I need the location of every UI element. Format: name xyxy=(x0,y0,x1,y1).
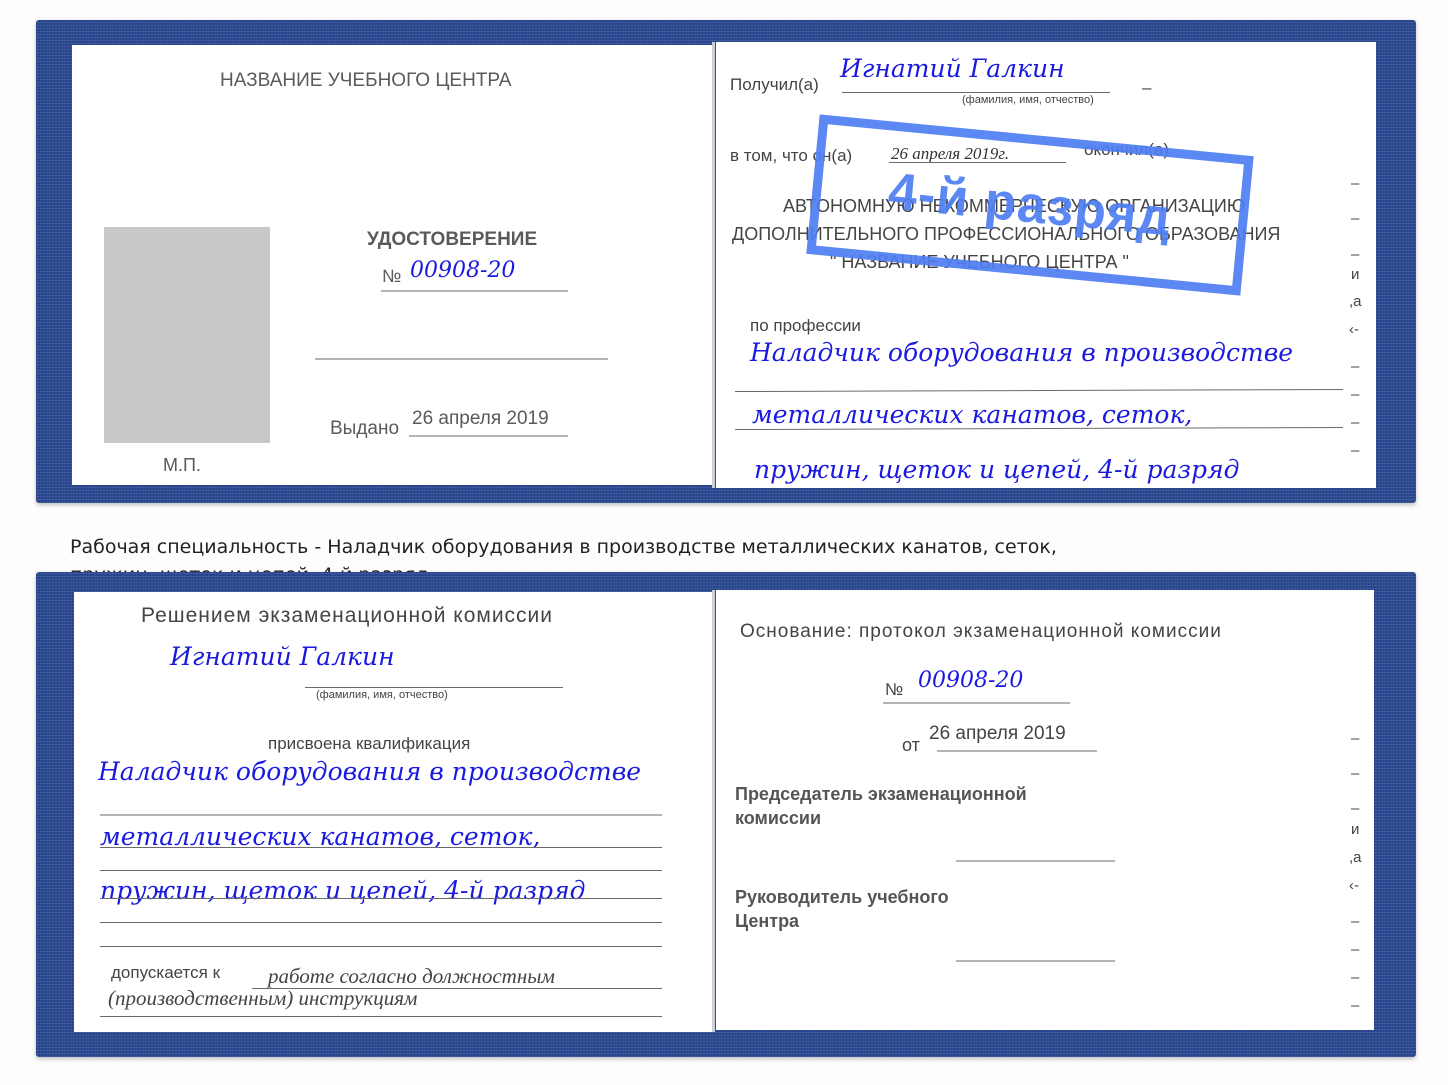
protocol-date-underline xyxy=(937,750,1097,752)
edge-mark: – xyxy=(1351,386,1359,403)
rank-stamp-text: 4-й разряд xyxy=(886,162,1175,249)
protocol-number-label: № xyxy=(885,680,903,700)
qualification-line-1: Наладчик оборудования в производстве xyxy=(98,757,641,786)
edge-mark: – xyxy=(1351,765,1359,782)
protocol-number-underline xyxy=(883,702,1070,704)
recipient-name-hint: (фамилия, имя, отчество) xyxy=(962,94,1094,106)
recipient-underline xyxy=(842,92,1110,93)
edge-mark: ‹- xyxy=(1349,877,1359,894)
edge-mark: – xyxy=(1351,442,1359,459)
basis-title: Основание: протокол экзаменационной коми… xyxy=(740,621,1222,643)
edge-mark: – xyxy=(1351,997,1359,1014)
chairman-label-2: комиссии xyxy=(735,808,821,829)
org-name: НАЗВАНИЕ УЧЕБНОГО ЦЕНТРА xyxy=(220,70,512,92)
qualification-underline-5 xyxy=(100,922,662,923)
recipient-dash: – xyxy=(1142,78,1151,98)
person-name-underline xyxy=(305,687,563,688)
seal-label: М.П. xyxy=(163,455,201,476)
qualification-underline-1 xyxy=(100,814,662,816)
doc-title: УДОСТОВЕРЕНИЕ xyxy=(367,229,537,251)
profession-label: по профессии xyxy=(750,316,861,336)
number-underline xyxy=(381,290,568,292)
qualification-underline-4 xyxy=(100,898,662,899)
edge-mark: – xyxy=(1351,358,1359,375)
profession-line-1: Наладчик оборудования в производстве xyxy=(750,338,1293,367)
edge-mark: и xyxy=(1351,821,1359,838)
decision-title: Решением экзаменационной комиссии xyxy=(141,604,553,628)
person-name: Игнатий Галкин xyxy=(170,642,395,671)
from-label: от xyxy=(902,735,920,756)
admitted-line-2: (производственным) инструкциям xyxy=(108,986,417,1011)
qualification-underline-3 xyxy=(100,870,662,871)
recipient-name: Игнатий Галкин xyxy=(840,54,1065,83)
issued-underline xyxy=(409,435,568,437)
protocol-number: 00908-20 xyxy=(918,668,1023,693)
blank-line xyxy=(315,358,608,360)
edge-mark: – xyxy=(1351,913,1359,930)
certificate-number: 00908-20 xyxy=(410,258,515,283)
profession-line-2: металлических канатов, сеток, xyxy=(752,400,1192,429)
received-label: Получил(а) xyxy=(730,75,819,95)
head-label-1: Руководитель учебного xyxy=(735,887,949,908)
edge-mark: – xyxy=(1351,800,1359,817)
issued-label: Выдано xyxy=(330,418,399,440)
chairman-signature-line xyxy=(956,860,1115,862)
edge-mark: и xyxy=(1351,266,1359,283)
edge-mark: – xyxy=(1351,969,1359,986)
edge-mark: – xyxy=(1351,175,1359,192)
number-label: № xyxy=(382,266,401,287)
chairman-label-1: Председатель экзаменационной xyxy=(735,784,1027,805)
head-signature-line xyxy=(956,960,1115,962)
profession-line-3: пружин, щеток и цепей, 4-й разряд xyxy=(754,455,1239,484)
qualification-line-3: пружин, щеток и цепей, 4-й разряд xyxy=(100,876,585,905)
head-label-2: Центра xyxy=(735,911,799,932)
issued-date: 26 апреля 2019 xyxy=(412,408,549,430)
qualification-underline-2 xyxy=(100,847,662,848)
certificate-bottom-spine xyxy=(712,590,715,1032)
edge-mark: – xyxy=(1351,730,1359,747)
edge-mark: – xyxy=(1351,414,1359,431)
edge-mark: ,а xyxy=(1349,849,1362,866)
certificate-top-spine xyxy=(712,42,715,488)
edge-mark: ,а xyxy=(1349,293,1362,310)
admitted-label: допускается к xyxy=(111,963,220,983)
qualification-label: присвоена квалификация xyxy=(268,734,470,754)
person-name-hint: (фамилия, имя, отчество) xyxy=(316,689,448,701)
admitted-underline-2 xyxy=(100,1016,662,1017)
edge-mark: ‹- xyxy=(1349,321,1359,338)
qualification-underline-6 xyxy=(100,946,662,947)
edge-mark: – xyxy=(1351,246,1359,263)
protocol-date: 26 апреля 2019 xyxy=(929,723,1066,745)
edge-mark: – xyxy=(1351,210,1359,227)
edge-mark: – xyxy=(1351,941,1359,958)
photo-placeholder xyxy=(104,227,270,443)
